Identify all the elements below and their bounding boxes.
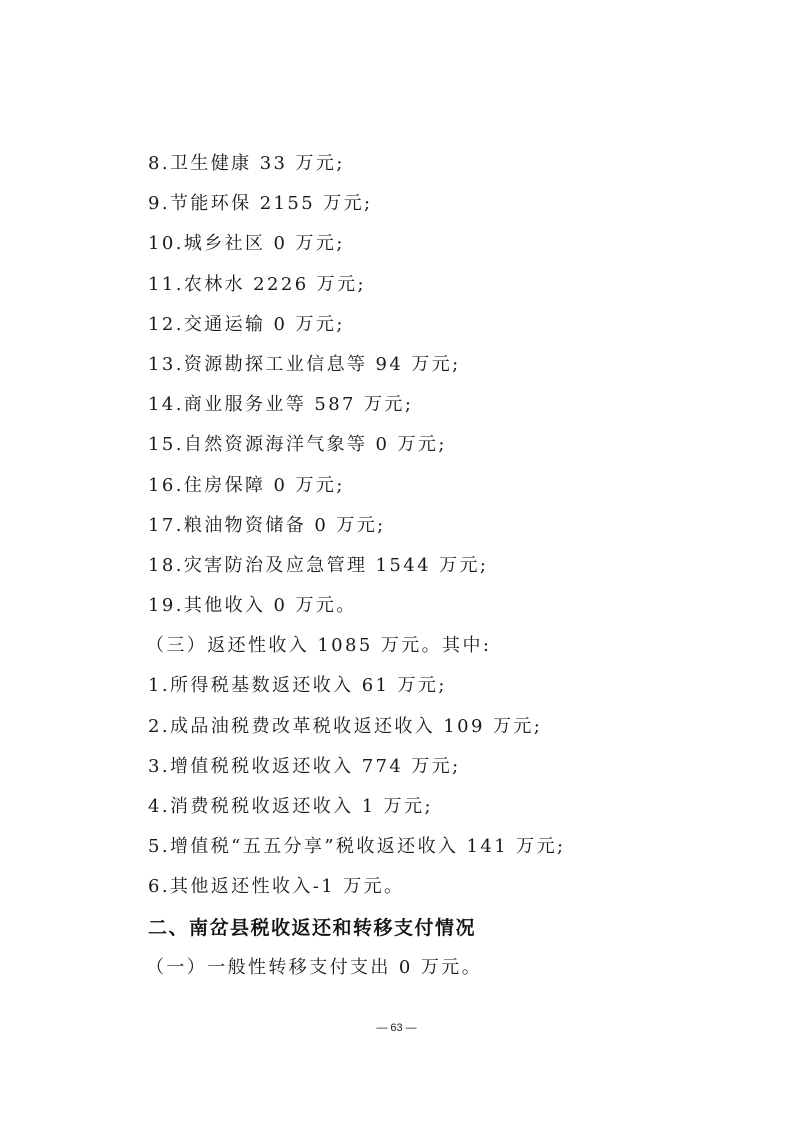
subsection-return-income: （三）返还性收入 1085 万元。其中:	[146, 626, 565, 666]
list-item-health: 8.卫生健康 33 万元;	[148, 144, 565, 184]
list-item-transport: 12.交通运输 0 万元;	[148, 305, 565, 345]
list-item-housing: 16.住房保障 0 万元;	[148, 466, 565, 506]
list-item-commerce: 14.商业服务业等 587 万元;	[148, 385, 565, 425]
list-item-fuel-tax-return: 2.成品油税费改革税收返还收入 109 万元;	[148, 707, 565, 747]
document-body: 8.卫生健康 33 万元; 9.节能环保 2155 万元; 10.城乡社区 0 …	[148, 144, 565, 988]
page-number: — 63 —	[0, 1022, 793, 1034]
list-item-other-return: 6.其他返还性收入-1 万元。	[148, 867, 565, 907]
list-item-vat-return: 3.增值税税收返还收入 774 万元;	[148, 747, 565, 787]
list-item-urban-rural: 10.城乡社区 0 万元;	[148, 224, 565, 264]
subsection-general-transfer: （一）一般性转移支付支出 0 万元。	[146, 948, 565, 988]
document-page: 8.卫生健康 33 万元; 9.节能环保 2155 万元; 10.城乡社区 0 …	[0, 0, 793, 1122]
list-item-income-tax-return: 1.所得税基数返还收入 61 万元;	[148, 666, 565, 706]
list-item-other-income: 19.其他收入 0 万元。	[148, 586, 565, 626]
list-item-energy-environment: 9.节能环保 2155 万元;	[148, 184, 565, 224]
list-item-grain-reserves: 17.粮油物资储备 0 万元;	[148, 506, 565, 546]
list-item-vat-5050-return: 5.增值税“五五分享”税收返还收入 141 万元;	[148, 827, 565, 867]
list-item-resources-industry: 13.资源勘探工业信息等 94 万元;	[148, 345, 565, 385]
list-item-agriculture: 11.农林水 2226 万元;	[148, 265, 565, 305]
list-item-disaster-management: 18.灾害防治及应急管理 1544 万元;	[148, 546, 565, 586]
section-heading: 二、南岔县税收返还和转移支付情况	[148, 908, 565, 948]
list-item-natural-resources: 15.自然资源海洋气象等 0 万元;	[148, 425, 565, 465]
list-item-consumption-tax-return: 4.消费税税收返还收入 1 万元;	[148, 787, 565, 827]
